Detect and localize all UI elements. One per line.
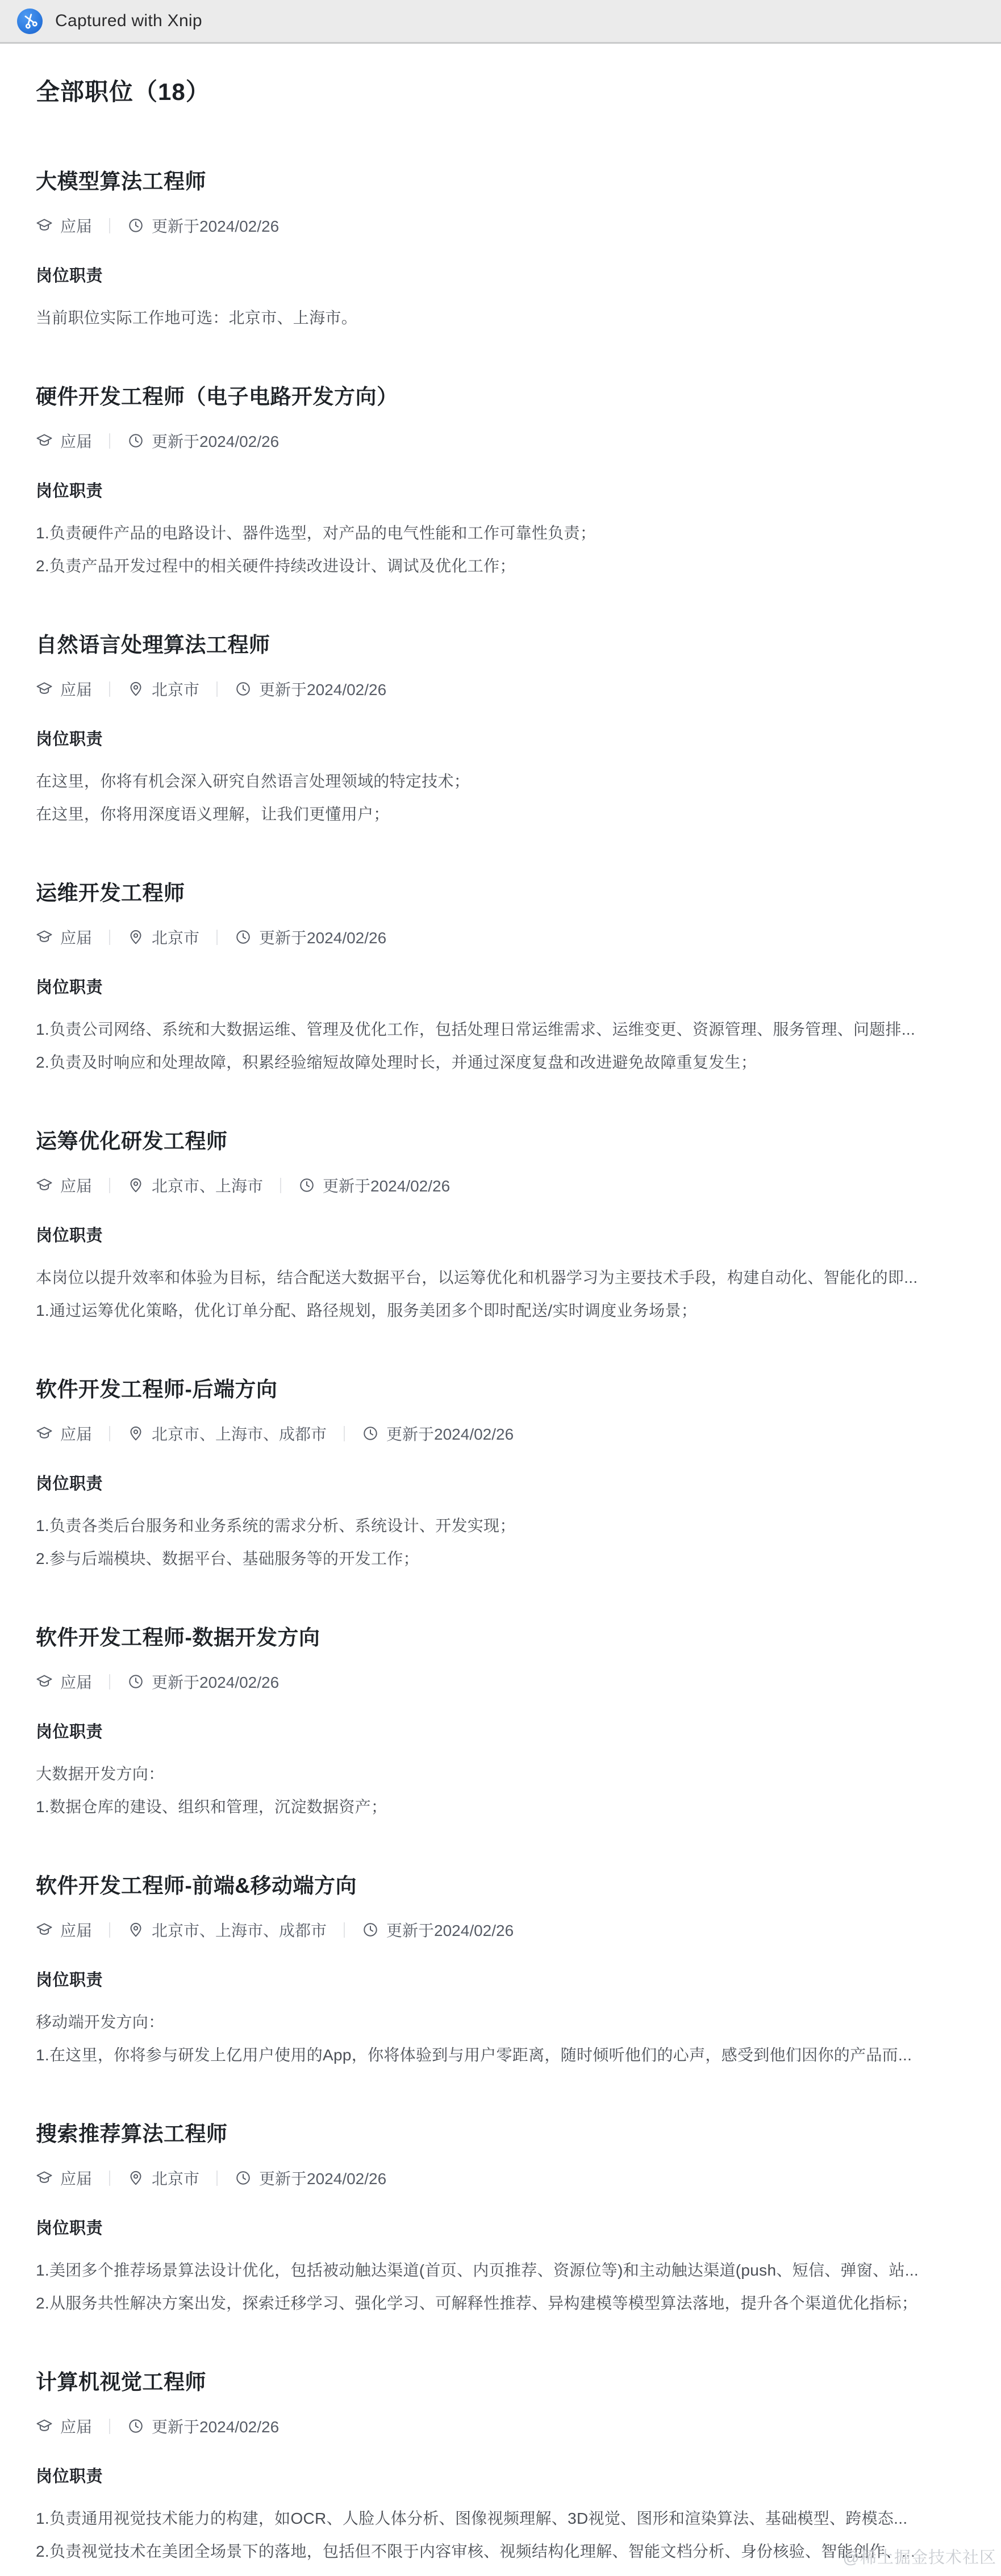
job-updated: 更新于2024/02/26 [362, 1918, 514, 1941]
duty-lines: 1.负责硬件产品的电路设计、器件选型，对产品的电气性能和工作可靠性负责；2.负责… [36, 524, 965, 575]
job-meta: 应届 北京市 更新于2024/02/26 [36, 678, 965, 700]
duty-section-title: 岗位职责 [36, 726, 965, 750]
job-meta: 应届 更新于2024/02/26 [36, 1670, 965, 1693]
job-locations: 北京市 [127, 678, 199, 700]
meta-separator [109, 1674, 110, 1690]
watermark: @稀土掘金技术社区 [843, 2545, 996, 2568]
job-title[interactable]: 软件开发工程师-数据开发方向 [36, 1620, 965, 1651]
meta-separator [109, 2419, 110, 2434]
duty-line: 2.负责及时响应和处理故障，积累经验缩短故障处理时长，并通过深度复盘和改进避免故… [36, 1053, 965, 1072]
clock-icon [235, 2169, 252, 2186]
updated-label: 更新于2024/02/26 [386, 1422, 514, 1445]
job-meta: 应届 北京市 更新于2024/02/26 [36, 926, 965, 948]
job-updated: 更新于2024/02/26 [235, 678, 386, 700]
duty-section-title: 岗位职责 [36, 975, 965, 998]
job-card[interactable]: 计算机视觉工程师 应届 更新于2024/02/26 岗位职责 1.负责通用 [36, 2365, 965, 2561]
location-pin-icon [127, 1177, 144, 1194]
job-title[interactable]: 软件开发工程师-后端方向 [36, 1372, 965, 1403]
updated-label: 更新于2024/02/26 [152, 214, 279, 237]
meta-separator [109, 218, 110, 233]
updated-label: 更新于2024/02/26 [259, 2167, 386, 2189]
job-meta: 应届 更新于2024/02/26 [36, 214, 965, 237]
duty-lines: 1.负责通用视觉技术能力的构建，如OCR、人脸人体分析、图像视频理解、3D视觉、… [36, 2510, 965, 2561]
job-meta: 应届 北京市、上海市 更新于2024/02/26 [36, 1174, 965, 1197]
badge-fresh-graduate: 应届 [36, 678, 92, 700]
duty-line: 1.美团多个推荐场景算法设计优化，包括被动触达渠道(首页、内页推荐、资源位等)和… [36, 2261, 965, 2280]
location-pin-icon [127, 1425, 144, 1442]
locations-label: 北京市、上海市、成都市 [152, 1422, 327, 1445]
job-card[interactable]: 软件开发工程师-后端方向 应届 北京市、上海市、成都市 [36, 1372, 965, 1568]
locations-label: 北京市 [152, 678, 199, 700]
badge-label: 应届 [60, 214, 92, 237]
job-card[interactable]: 搜索推荐算法工程师 应届 北京市 [36, 2117, 965, 2312]
graduation-cap-icon [36, 1425, 53, 1442]
clock-icon [235, 680, 252, 697]
updated-label: 更新于2024/02/26 [259, 678, 386, 700]
job-card[interactable]: 运维开发工程师 应届 北京市 [36, 876, 965, 1072]
graduation-cap-icon [36, 680, 53, 697]
duty-section-title: 岗位职责 [36, 1719, 965, 1742]
badge-label: 应届 [60, 429, 92, 452]
duty-lines: 本岗位以提升效率和体验为目标，结合配送大数据平台，以运筹优化和机器学习为主要技术… [36, 1269, 965, 1320]
locations-label: 北京市 [152, 926, 199, 948]
graduation-cap-icon [36, 1177, 53, 1194]
meta-separator [109, 681, 110, 697]
job-locations: 北京市、上海市 [127, 1174, 263, 1197]
job-card[interactable]: 软件开发工程师-数据开发方向 应届 更新于2024/02/26 岗位职责 [36, 1620, 965, 1816]
meta-separator [109, 2171, 110, 2186]
badge-fresh-graduate: 应届 [36, 926, 92, 948]
job-meta: 应届 更新于2024/02/26 [36, 2415, 965, 2437]
graduation-cap-icon [36, 217, 53, 234]
job-title[interactable]: 运筹优化研发工程师 [36, 1124, 965, 1155]
job-card[interactable]: 自然语言处理算法工程师 应届 北京市 [36, 628, 965, 823]
job-title[interactable]: 硬件开发工程师（电子电路开发方向） [36, 379, 965, 410]
job-list: 大模型算法工程师 应届 更新于2024/02/26 岗位职责 当前职位实际 [36, 164, 965, 2561]
duty-line: 1.数据仓库的建设、组织和管理，沉淀数据资产； [36, 1798, 965, 1816]
duty-line: 在这里，你将用深度语义理解，让我们更懂用户； [36, 805, 965, 823]
badge-fresh-graduate: 应届 [36, 429, 92, 452]
updated-label: 更新于2024/02/26 [259, 926, 386, 948]
badge-fresh-graduate: 应届 [36, 1174, 92, 1197]
locations-label: 北京市 [152, 2167, 199, 2189]
badge-label: 应届 [60, 926, 92, 948]
duty-section-title: 岗位职责 [36, 1471, 965, 1494]
badge-fresh-graduate: 应届 [36, 214, 92, 237]
duty-line: 1.通过运筹优化策略，优化订单分配、路径规划，服务美团多个即时配送/实时调度业务… [36, 1302, 965, 1320]
job-locations: 北京市、上海市、成都市 [127, 1422, 327, 1445]
job-updated: 更新于2024/02/26 [298, 1174, 450, 1197]
scissors-icon [20, 11, 40, 31]
badge-label: 应届 [60, 678, 92, 700]
xnip-logo [17, 9, 43, 34]
badge-fresh-graduate: 应届 [36, 2167, 92, 2189]
job-title[interactable]: 搜索推荐算法工程师 [36, 2117, 965, 2147]
job-updated: 更新于2024/02/26 [235, 2167, 386, 2189]
badge-label: 应届 [60, 1670, 92, 1693]
job-title[interactable]: 软件开发工程师-前端&移动端方向 [36, 1868, 965, 1899]
clock-icon [362, 1425, 379, 1442]
badge-label: 应届 [60, 2415, 92, 2437]
meta-separator [109, 433, 110, 449]
badge-label: 应届 [60, 1918, 92, 1941]
locations-label: 北京市、上海市、成都市 [152, 1918, 327, 1941]
duty-line: 1.负责硬件产品的电路设计、器件选型，对产品的电气性能和工作可靠性负责； [36, 524, 965, 542]
duty-line: 2.负责视觉技术在美团全场景下的落地，包括但不限于内容审核、视频结构化理解、智能… [36, 2542, 965, 2561]
clock-icon [127, 217, 144, 234]
page-title: 全部职位（18） [36, 73, 965, 107]
badge-label: 应届 [60, 1174, 92, 1197]
duty-lines: 大数据开发方向：1.数据仓库的建设、组织和管理，沉淀数据资产； [36, 1765, 965, 1816]
meta-separator [344, 1922, 345, 1938]
job-updated: 更新于2024/02/26 [235, 926, 386, 948]
duty-line: 2.参与后端模块、数据平台、基础服务等的开发工作； [36, 1550, 965, 1568]
graduation-cap-icon [36, 2418, 53, 2435]
job-card[interactable]: 硬件开发工程师（电子电路开发方向） 应届 更新于2024/02/26 岗位职责 [36, 379, 965, 575]
xnip-capture-banner: Captured with Xnip [0, 0, 1001, 44]
job-updated: 更新于2024/02/26 [127, 2415, 279, 2437]
clock-icon [298, 1177, 315, 1194]
clock-icon [127, 2418, 144, 2435]
meta-separator [109, 930, 110, 945]
duty-section-title: 岗位职责 [36, 2215, 965, 2239]
meta-separator [109, 1426, 110, 1441]
duty-section-title: 岗位职责 [36, 2464, 965, 2487]
duty-section-title: 岗位职责 [36, 263, 965, 286]
job-locations: 北京市 [127, 2167, 199, 2189]
job-updated: 更新于2024/02/26 [362, 1422, 514, 1445]
duty-section-title: 岗位职责 [36, 478, 965, 501]
job-meta: 应届 北京市、上海市、成都市 更新于2024/02/26 [36, 1422, 965, 1445]
meta-separator [344, 1426, 345, 1441]
duty-line: 1.负责各类后台服务和业务系统的需求分析、系统设计、开发实现； [36, 1517, 965, 1535]
badge-fresh-graduate: 应届 [36, 1422, 92, 1445]
updated-label: 更新于2024/02/26 [152, 1670, 279, 1693]
job-updated: 更新于2024/02/26 [127, 1670, 279, 1693]
badge-fresh-graduate: 应届 [36, 1918, 92, 1941]
badge-fresh-graduate: 应届 [36, 1670, 92, 1693]
clock-icon [127, 432, 144, 449]
meta-separator [109, 1178, 110, 1193]
duty-section-title: 岗位职责 [36, 1967, 965, 1990]
duty-line: 当前职位实际工作地可选：北京市、上海市。 [36, 309, 965, 327]
duty-lines: 移动端开发方向：1.在这里，你将参与研发上亿用户使用的App，你将体验到与用户零… [36, 2013, 965, 2064]
duty-line: 移动端开发方向： [36, 2013, 965, 2031]
badge-label: 应届 [60, 1422, 92, 1445]
updated-label: 更新于2024/02/26 [152, 2415, 279, 2437]
duty-lines: 1.负责各类后台服务和业务系统的需求分析、系统设计、开发实现；2.参与后端模块、… [36, 1517, 965, 1568]
location-pin-icon [127, 2169, 144, 2186]
duty-lines: 1.美团多个推荐场景算法设计优化，包括被动触达渠道(首页、内页推荐、资源位等)和… [36, 2261, 965, 2312]
duty-line: 大数据开发方向： [36, 1765, 965, 1783]
job-card[interactable]: 软件开发工程师-前端&移动端方向 应届 北京市、上海市、成都市 [36, 1868, 965, 2064]
job-title[interactable]: 大模型算法工程师 [36, 164, 965, 195]
graduation-cap-icon [36, 1673, 53, 1690]
job-meta: 应届 北京市、上海市、成都市 更新于2024/02/26 [36, 1918, 965, 1941]
duty-line: 2.从服务共性解决方案出发，探索迁移学习、强化学习、可解释性推荐、异构建模等模型… [36, 2294, 965, 2312]
job-locations: 北京市 [127, 926, 199, 948]
updated-label: 更新于2024/02/26 [152, 429, 279, 452]
graduation-cap-icon [36, 1921, 53, 1938]
meta-separator [216, 930, 218, 945]
location-pin-icon [127, 929, 144, 946]
location-pin-icon [127, 680, 144, 697]
job-title[interactable]: 计算机视觉工程师 [36, 2365, 965, 2395]
clock-icon [127, 1673, 144, 1690]
clock-icon [235, 929, 252, 946]
job-meta: 应届 北京市 更新于2024/02/26 [36, 2167, 965, 2189]
job-updated: 更新于2024/02/26 [127, 214, 279, 237]
job-title[interactable]: 自然语言处理算法工程师 [36, 628, 965, 658]
badge-label: 应届 [60, 2167, 92, 2189]
meta-separator [280, 1178, 281, 1193]
job-card[interactable]: 运筹优化研发工程师 应届 北京市、上海市 [36, 1124, 965, 1320]
job-updated: 更新于2024/02/26 [127, 429, 279, 452]
locations-label: 北京市、上海市 [152, 1174, 263, 1197]
duty-lines: 1.负责公司网络、系统和大数据运维、管理及优化工作，包括处理日常运维需求、运维变… [36, 1021, 965, 1072]
job-card[interactable]: 大模型算法工程师 应届 更新于2024/02/26 岗位职责 当前职位实际 [36, 164, 965, 327]
duty-line: 在这里，你将有机会深入研究自然语言处理领域的特定技术； [36, 772, 965, 791]
duty-line: 1.负责公司网络、系统和大数据运维、管理及优化工作，包括处理日常运维需求、运维变… [36, 1021, 965, 1039]
graduation-cap-icon [36, 929, 53, 946]
meta-separator [109, 1922, 110, 1938]
job-locations: 北京市、上海市、成都市 [127, 1918, 327, 1941]
duty-line: 1.在这里，你将参与研发上亿用户使用的App，你将体验到与用户零距离，随时倾听他… [36, 2046, 965, 2064]
banner-text: Captured with Xnip [55, 11, 202, 31]
duty-lines: 当前职位实际工作地可选：北京市、上海市。 [36, 309, 965, 327]
duty-line: 本岗位以提升效率和体验为目标，结合配送大数据平台，以运筹优化和机器学习为主要技术… [36, 1269, 965, 1287]
job-list-page: 全部职位（18） 大模型算法工程师 应届 更新于2024/02/26 [0, 73, 1001, 2561]
job-meta: 应届 更新于2024/02/26 [36, 429, 965, 452]
graduation-cap-icon [36, 2169, 53, 2186]
duty-line: 1.负责通用视觉技术能力的构建，如OCR、人脸人体分析、图像视频理解、3D视觉、… [36, 2510, 965, 2528]
job-title[interactable]: 运维开发工程师 [36, 876, 965, 906]
meta-separator [216, 2171, 218, 2186]
duty-section-title: 岗位职责 [36, 1223, 965, 1246]
location-pin-icon [127, 1921, 144, 1938]
duty-line: 2.负责产品开发过程中的相关硬件持续改进设计、调试及优化工作； [36, 557, 965, 575]
graduation-cap-icon [36, 432, 53, 449]
updated-label: 更新于2024/02/26 [323, 1174, 450, 1197]
duty-lines: 在这里，你将有机会深入研究自然语言处理领域的特定技术；在这里，你将用深度语义理解… [36, 772, 965, 823]
meta-separator [216, 681, 218, 697]
clock-icon [362, 1921, 379, 1938]
badge-fresh-graduate: 应届 [36, 2415, 92, 2437]
updated-label: 更新于2024/02/26 [386, 1918, 514, 1941]
